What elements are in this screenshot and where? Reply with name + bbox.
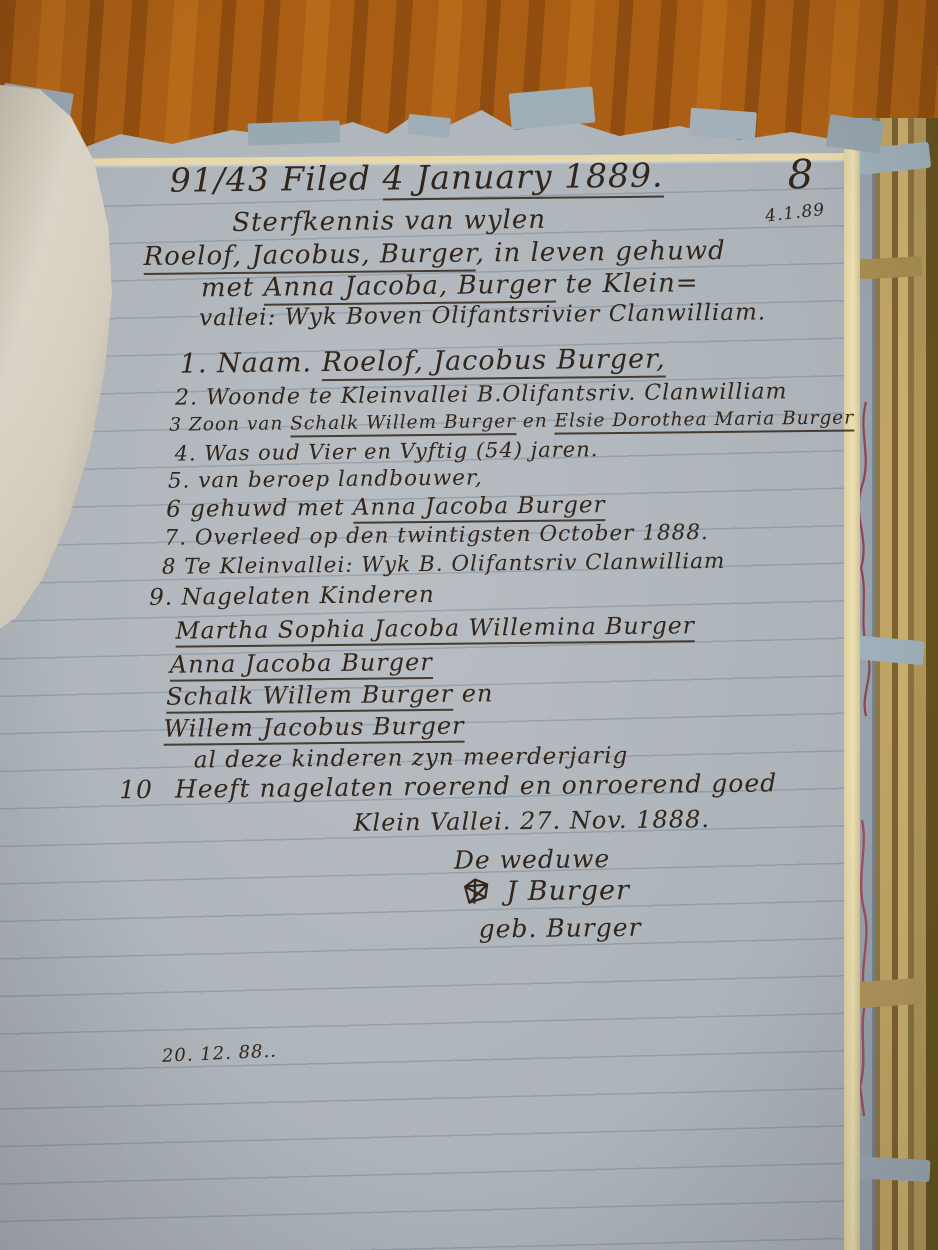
item-9-children-heading: 9. Nagelaten Kinderen <box>149 582 435 611</box>
torn-edge-tab <box>852 256 923 280</box>
pencil-date-note: 20. 12. 88.. <box>161 1041 277 1067</box>
torn-page-top-tab <box>407 114 451 138</box>
item-8-place-of-death: 8 Te Kleinvallei: Wyk B. Olifantsriv Cla… <box>162 549 726 580</box>
preamble-line-1: Roelof, Jacobus, Burger, in leven gehuwd <box>143 236 725 272</box>
ledger-page: 91/43 Filed 4 January 1889. 8 4.1.89 Ste… <box>0 108 860 1250</box>
widow-mark-icon <box>458 876 492 906</box>
child-name-4: Willem Jacobus Burger <box>163 712 464 743</box>
handwritten-text-layer: 91/43 Filed 4 January 1889. 8 4.1.89 Ste… <box>0 104 866 1250</box>
signature-maiden-name: geb. Burger <box>478 913 641 944</box>
torn-page-top-tab <box>248 120 341 145</box>
preamble-line-3: vallei: Wyk Boven Olifantsrivier Clanwil… <box>199 299 766 331</box>
signature-intro: De weduwe <box>454 844 611 875</box>
child-name-3: Schalk Willem Burger en <box>166 679 494 710</box>
child-name-1: Martha Sophia Jacoba Willemina Burger <box>175 611 695 644</box>
date-annotation: 4.1.89 <box>764 200 826 227</box>
item-10-estate: 10Heeft nagelaten roerend en onroerend g… <box>119 768 777 804</box>
item-4-age: 4. Was oud Vier en Vyftig (54) jaren. <box>175 437 599 465</box>
filed-date-underlined: 4 January 1889. <box>382 156 663 201</box>
children-majority-note: al deze kinderen zyn meerderjarig <box>194 743 629 774</box>
place-and-date-line: Klein Vallei. 27. Nov. 1888. <box>353 805 710 837</box>
item-6-marriage: 6 gehuwd met Anna Jacoba Burger <box>166 492 606 523</box>
torn-edge-tab <box>853 978 925 1009</box>
item-1-name: 1. Naam. Roelof, Jacobus Burger, <box>180 344 666 380</box>
torn-edge-tab <box>849 1156 930 1182</box>
item-5-occupation: 5. van beroep landbouwer, <box>168 465 483 493</box>
item-7-date-of-death: 7. Overleed op den twintigsten October 1… <box>164 520 709 551</box>
page-number: 8 <box>788 152 815 198</box>
signature-name: J Burger <box>506 875 630 907</box>
torn-page-top-tab <box>689 108 757 141</box>
torn-page-top-tab <box>509 86 596 129</box>
document-title: Sterfkennis van wylen <box>232 205 546 238</box>
item-2-residence: 2. Woonde te Kleinvallei B.Olifantsriv. … <box>175 379 788 410</box>
preamble-line-2: met Anna Jacoba, Burger te Klein= <box>201 268 699 303</box>
photo-of-handwritten-document: 91/43 Filed 4 January 1889. 8 4.1.89 Ste… <box>0 0 938 1250</box>
item-3-parents: 3 Zoon van Schalk Willem Burger en Elsie… <box>169 408 854 436</box>
signature-line: J Burger <box>458 875 630 908</box>
child-name-2: Anna Jacoba Burger <box>170 648 433 679</box>
filing-header: 91/43 Filed 4 January 1889. <box>170 156 664 200</box>
